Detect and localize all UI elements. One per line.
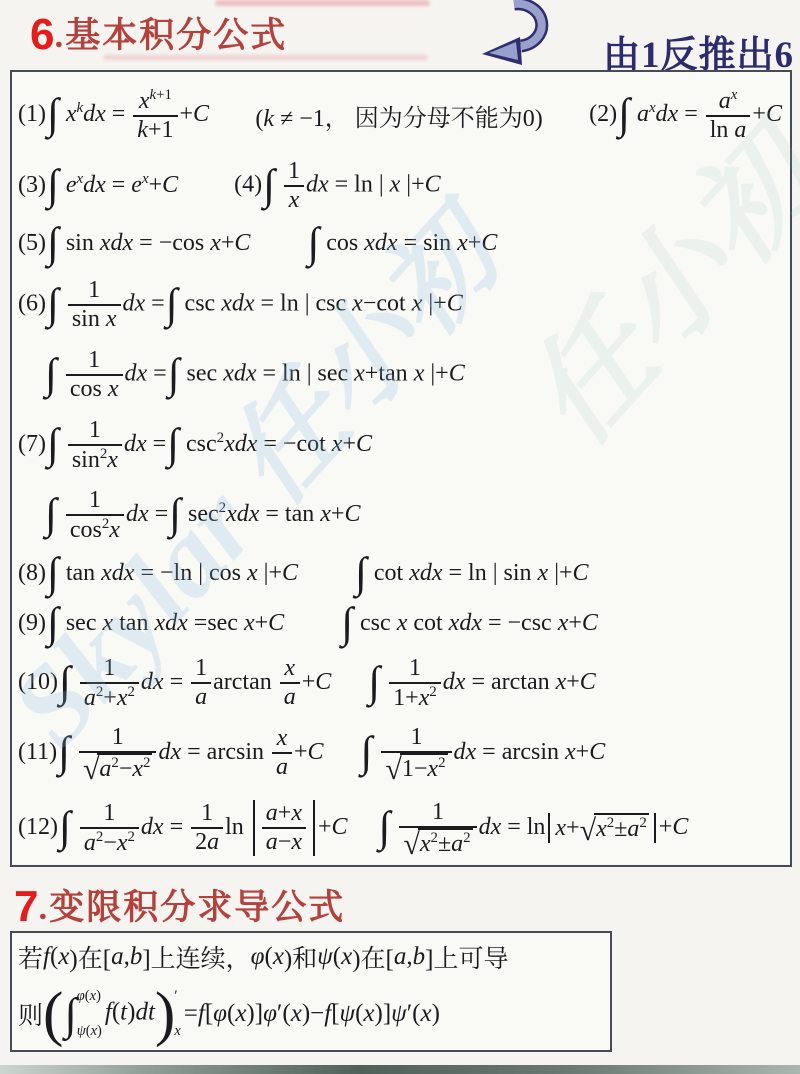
formula: (k ≠ −1， 因为分母不能为0) bbox=[255, 98, 542, 133]
formula-row: (12)∫ 1a2−x2dx = 12aln a+xa−x+C∫ 1√x2±a2… bbox=[18, 790, 786, 866]
formula-row: (5)∫ sin xdx = −cos x+C∫ cos xdx = sin x… bbox=[18, 218, 786, 270]
formula: (4)∫ 1xdx = ln | x |+C bbox=[234, 158, 441, 214]
formula: (9)∫ sec x tan xdx =sec x+C bbox=[18, 606, 284, 643]
formula: ∫ 1√1−x2dx = arcsin x+C bbox=[360, 724, 606, 783]
formula-line: 若f(x)在[a,b]上连续， φ(x)和ψ(x)在[a,b]上可导 bbox=[18, 935, 604, 979]
formula-row: (11)∫ 1√a2−x2dx = arcsin xa+C∫ 1√1−x2dx … bbox=[18, 716, 786, 790]
section7-header: 7.变限积分求导公式 bbox=[14, 880, 345, 932]
formula-row: ∫ 1cos2xdx =∫ sec2xdx = tan x+C bbox=[18, 480, 786, 550]
section7-number: 7 bbox=[14, 882, 38, 931]
section7-title: .变限积分求导公式 bbox=[38, 888, 345, 927]
formula-row: (7)∫ 1sin2xdx =∫ csc2xdx = −cot x+C bbox=[18, 410, 786, 480]
variable-limit-box: 若f(x)在[a,b]上连续， φ(x)和ψ(x)在[a,b]上可导 则(∫φ(… bbox=[10, 931, 612, 1052]
formula: ∫ csc x cot xdx = −csc x+C bbox=[340, 606, 598, 643]
formula: (3)∫ exdx = ex+C bbox=[18, 168, 178, 205]
formula-rows: (1)∫ xkdx = xk+1k+1+C(k ≠ −1， 因为分母不能为0)(… bbox=[12, 72, 790, 866]
formula-row: (6)∫ 1sin xdx =∫ csc xdx = ln | csc x−co… bbox=[18, 270, 786, 340]
formula: (2)∫ axdx = axln a+C bbox=[589, 87, 782, 144]
section6-header: 6.基本积分公式 bbox=[30, 8, 287, 60]
formula: (12)∫ 1a2−x2dx = 12aln a+xa−x+C bbox=[18, 800, 348, 857]
formula: ∫ cot xdx = ln | sin x |+C bbox=[354, 556, 589, 593]
formula: (6)∫ 1sin xdx =∫ csc xdx = ln | csc x−co… bbox=[18, 277, 463, 333]
section6-number: 6 bbox=[30, 10, 54, 59]
curved-arrow-icon bbox=[468, 0, 558, 68]
photo-smudge bbox=[215, 0, 430, 6]
formula: (8)∫ tan xdx = −ln | cos x |+C bbox=[18, 556, 298, 593]
formula-row: (8)∫ tan xdx = −ln | cos x |+C∫ cot xdx … bbox=[18, 550, 786, 598]
formula: ∫ 11+x2dx = arctan x+C bbox=[367, 655, 596, 712]
integral-formula-box: (1)∫ xkdx = xk+1k+1+C(k ≠ −1， 因为分母不能为0)(… bbox=[10, 70, 792, 867]
formula: ∫ 1cos xdx =∫ sec xdx = ln | sec x+tan x… bbox=[44, 347, 465, 403]
formula-row: (10)∫ 1a2+x2dx = 1aarctan xa+C∫ 11+x2dx … bbox=[18, 650, 786, 716]
formula-line: 则(∫φ(x)ψ(x)f(t)dt)′x = f[φ(x)]φ′(x)−f[ψ(… bbox=[18, 979, 604, 1049]
notes-page: 6.基本积分公式 由1反推出6 (1)∫ xkdx = xk+1k+1+C(k … bbox=[0, 0, 800, 1074]
formula: (10)∫ 1a2+x2dx = 1aarctan xa+C bbox=[18, 655, 331, 712]
formula: (1)∫ xkdx = xk+1k+1+C bbox=[18, 87, 209, 144]
formula-row: ∫ 1cos xdx =∫ sec xdx = ln | sec x+tan x… bbox=[18, 340, 786, 410]
formula: (11)∫ 1√a2−x2dx = arcsin xa+C bbox=[18, 724, 324, 783]
formula: ∫ 1cos2xdx =∫ sec2xdx = tan x+C bbox=[44, 487, 360, 544]
photo-edge-strip bbox=[0, 1065, 800, 1074]
section6-title: .基本积分公式 bbox=[54, 16, 287, 55]
formula-row: (1)∫ xkdx = xk+1k+1+C(k ≠ −1， 因为分母不能为0)(… bbox=[18, 76, 786, 154]
formula: ∫ 1√x2±a2dx = lnx+√x2±a2+C bbox=[378, 799, 689, 858]
formula: ∫ cos xdx = sin x+C bbox=[306, 226, 497, 263]
formula: (7)∫ 1sin2xdx =∫ csc2xdx = −cot x+C bbox=[18, 417, 372, 474]
formula-row: (9)∫ sec x tan xdx =sec x+C∫ csc x cot x… bbox=[18, 598, 786, 650]
formula-row: (3)∫ exdx = ex+C(4)∫ 1xdx = ln | x |+C bbox=[18, 154, 786, 218]
formula: (5)∫ sin xdx = −cos x+C bbox=[18, 226, 250, 263]
